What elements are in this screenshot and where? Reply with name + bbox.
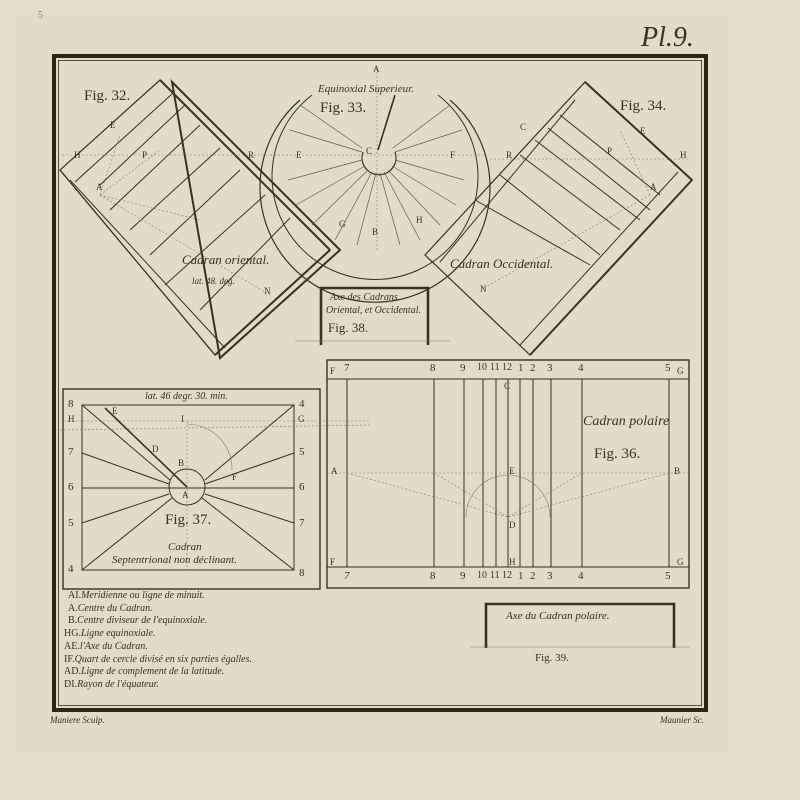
fig36-hour-bottom: 5 xyxy=(665,570,671,582)
fig32-point-h: H xyxy=(74,150,81,160)
fig39-text: Axe du Cadran polaire. xyxy=(506,610,609,622)
fig33-point-g: G xyxy=(339,219,346,229)
fig36-hour-bottom: 12 xyxy=(502,570,512,581)
fig36-point-c: C xyxy=(504,381,510,391)
fig36-point-f-bottom: F xyxy=(330,557,335,567)
fig36-hour-bottom: 2 xyxy=(530,570,536,582)
fig36-point-g-top: G xyxy=(677,366,684,376)
fig32-point-e: E xyxy=(110,120,116,130)
fig32-point-p: P xyxy=(142,150,147,160)
fig33-point-c: C xyxy=(366,146,372,156)
fig32-point-n: N xyxy=(264,286,271,296)
fig36-point-h: H xyxy=(509,557,516,567)
fig37-label: Fig. 37. xyxy=(165,512,211,529)
fig33-label: Fig. 33. xyxy=(320,100,366,117)
legend-item: A.Centre du Cadran. xyxy=(68,603,252,616)
fig37-point-i: I xyxy=(181,414,184,424)
fig34-point-n: N xyxy=(480,284,487,294)
fig36-hour-top: 7 xyxy=(344,362,350,374)
fig37-point-h: H xyxy=(68,414,75,424)
fig36-hour-top: 2 xyxy=(530,362,536,374)
fig36-point-e: E xyxy=(509,466,515,476)
fig39-label: Fig. 39. xyxy=(535,652,569,664)
fig37-hour-left-4: 4 xyxy=(68,563,74,575)
engraver-right: Maunier Sc. xyxy=(660,715,704,725)
fig36-hour-bottom: 1 xyxy=(518,570,524,582)
fig34-dial xyxy=(425,82,692,355)
fig37-hour-right-8: 8 xyxy=(299,567,305,579)
fig37-header: lat. 46 degr. 30. min. xyxy=(145,391,228,402)
fig37-title-line2: Septentrional non déclinant. xyxy=(112,554,237,566)
fig36-point-a: A xyxy=(331,466,338,476)
fig36-hour-top: 12 xyxy=(502,362,512,373)
fig36-hour-top: 1 xyxy=(518,362,524,374)
fig32-subtitle: lat. 48. deg. xyxy=(192,276,235,286)
fig37-point-a: A xyxy=(182,490,189,500)
fig37-title-line1: Cadran xyxy=(168,541,202,553)
fig33-point-h: H xyxy=(416,215,423,225)
legend-item: AI.Meridienne ou ligne de minuit. xyxy=(68,590,252,603)
fig37-point-g: G xyxy=(298,414,305,424)
legend-item: DI.Rayon de l'équateur. xyxy=(64,679,252,692)
fig34-point-c: C xyxy=(520,122,526,132)
legend: AI.Meridienne ou ligne de minuit. A.Cent… xyxy=(68,590,252,692)
fig34-title: Cadran Occidental. xyxy=(450,256,553,272)
fig32-point-r: R xyxy=(248,150,254,160)
fig33-point-e: E xyxy=(296,150,302,160)
fig37-point-b: B xyxy=(178,458,184,468)
legend-item: AD.Ligne de complement de la latitude. xyxy=(64,666,252,679)
fig34-point-h: H xyxy=(680,150,687,160)
fig34-label: Fig. 34. xyxy=(620,98,666,115)
fig36-hour-top: 4 xyxy=(578,362,584,374)
fig36-hour-top: 9 xyxy=(460,362,466,374)
fig37-hour-left-6: 6 xyxy=(68,481,74,493)
fig34-point-r: R xyxy=(506,150,512,160)
fig38-line1: Axe des Cadrans xyxy=(330,292,398,303)
fig36-hour-top: 10 xyxy=(477,362,487,373)
fig36-hour-bottom: 3 xyxy=(547,570,553,582)
fig37-point-d: D xyxy=(152,444,159,454)
legend-item: AE.l'Axe du Cadran. xyxy=(64,641,252,654)
fig36-point-f-top: F xyxy=(330,366,335,376)
fig34-point-e: E xyxy=(640,126,646,136)
fig34-point-p: P xyxy=(607,146,612,156)
legend-item: B.Centre diviseur de l'equinoxiale. xyxy=(68,615,252,628)
fig36-point-g-bottom: G xyxy=(677,557,684,567)
fig36-label: Fig. 36. xyxy=(594,446,640,463)
fig36-point-d: D xyxy=(509,520,516,530)
fig32-title: Cadran oriental. xyxy=(182,252,269,268)
fig37-point-f: F xyxy=(232,472,237,482)
fig33-point-b: B xyxy=(372,227,378,237)
legend-item: HG.Ligne equinoxiale. xyxy=(64,628,252,641)
fig36-hour-bottom: 7 xyxy=(344,570,350,582)
fig36-hour-bottom: 9 xyxy=(460,570,466,582)
fig36-hour-top: 3 xyxy=(547,362,553,374)
fig33-point-f: F xyxy=(450,150,455,160)
fig36-hour-bottom: 8 xyxy=(430,570,436,582)
fig36-hour-top: 8 xyxy=(430,362,436,374)
fig36-hour-bottom: 4 xyxy=(578,570,584,582)
fig36-title: Cadran polaire xyxy=(583,414,669,430)
fig37-hour-right-6: 6 xyxy=(299,481,305,493)
engraver-left: Maniere Sculp. xyxy=(50,715,105,725)
fig36-hour-bottom: 11 xyxy=(490,570,500,581)
fig37-hour-left-8: 8 xyxy=(68,398,74,410)
fig36-hour-top: 5 xyxy=(665,362,671,374)
fig37-point-e: E xyxy=(112,406,118,416)
fig37-hour-right-4: 4 xyxy=(299,398,305,410)
fig36-point-b: B xyxy=(674,466,680,476)
fig32-point-a: A xyxy=(96,182,103,192)
fig34-point-a: A xyxy=(650,182,657,192)
fig33-title: Equinoxial Superieur. xyxy=(318,83,414,95)
fig32-dial xyxy=(60,80,340,358)
fig33-point-a: A xyxy=(373,64,380,74)
fig36-hour-bottom: 10 xyxy=(477,570,487,581)
fig38-label: Fig. 38. xyxy=(328,320,368,336)
legend-item: IF.Quart de cercle divisé en six parties… xyxy=(64,654,252,667)
fig36-hour-top: 11 xyxy=(490,362,500,373)
fig37-hour-right-7: 7 xyxy=(299,517,305,529)
fig37-hour-left-7: 7 xyxy=(68,446,74,458)
fig32-label: Fig. 32. xyxy=(84,88,130,105)
fig37-hour-right-5: 5 xyxy=(299,446,305,458)
fig38-line2: Oriental, et Occidental. xyxy=(326,305,421,316)
fig37-hour-left-5: 5 xyxy=(68,517,74,529)
